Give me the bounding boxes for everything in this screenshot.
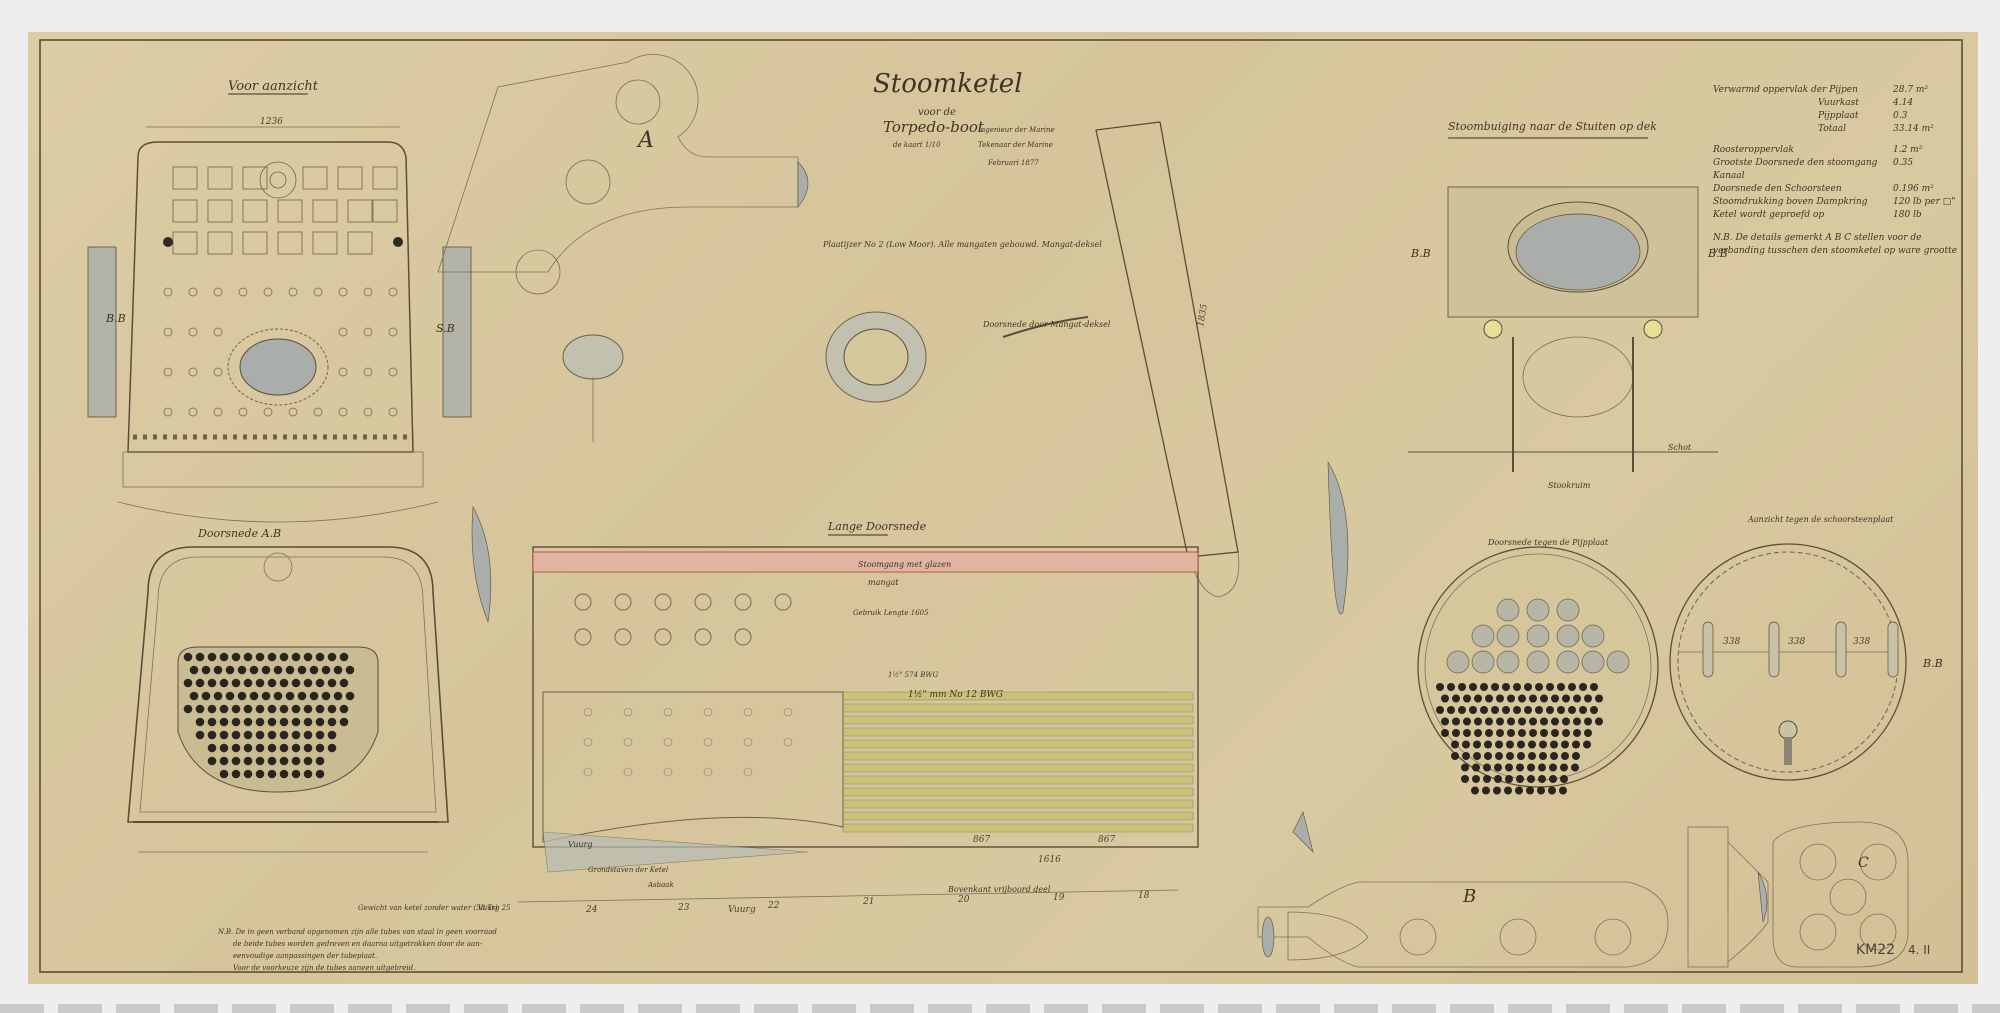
bottom-scale-bar: [0, 1004, 2000, 1013]
svg-text:Pijpplaat: Pijpplaat: [1817, 111, 1859, 121]
svg-text:1236: 1236: [260, 117, 283, 127]
svg-text:24: 24: [585, 905, 598, 915]
svg-text:18: 18: [1138, 891, 1150, 901]
svg-text:Stoomgang met glazen: Stoomgang met glazen: [858, 560, 951, 569]
svg-text:C: C: [1858, 855, 1869, 871]
title-block: Stoomketel voor de Torpedo-boot de kaart…: [873, 69, 1055, 167]
svg-text:voor de: voor de: [918, 107, 956, 118]
svg-text:20: 20: [957, 895, 970, 905]
svg-text:1616: 1616: [1038, 855, 1061, 865]
detail-a: A: [438, 54, 808, 294]
svg-text:KM22: KM22: [1856, 942, 1895, 958]
svg-text:Torpedo-boot: Torpedo-boot: [883, 118, 985, 136]
chimney: 1835: [1096, 122, 1239, 597]
svg-text:Vuurg 25: Vuurg 25: [478, 904, 511, 912]
svg-text:21: 21: [862, 897, 874, 907]
svg-text:867: 867: [1098, 835, 1115, 845]
svg-text:Ketel wordt geproefd op: Ketel wordt geproefd op: [1712, 210, 1824, 220]
footnote: N.B. De in geen verband opgenomen zijn a…: [217, 904, 511, 972]
svg-text:338: 338: [1723, 637, 1740, 647]
svg-text:Roosteroppervlak: Roosteroppervlak: [1712, 145, 1794, 155]
detail-note: N.B. De details gemerkt A B C stellen vo…: [1713, 232, 1963, 258]
svg-text:B.B: B.B: [1410, 247, 1431, 260]
svg-text:22: 22: [767, 901, 780, 911]
svg-text:de beide tubes worden gedreven: de beide tubes worden gedreven en daarna…: [233, 940, 483, 948]
svg-text:0.35: 0.35: [1893, 158, 1913, 168]
svg-text:4.14: 4.14: [1892, 98, 1913, 108]
svg-text:180 lb: 180 lb: [1893, 210, 1922, 220]
svg-text:S.B: S.B: [436, 322, 455, 335]
spec-table: Verwarmd oppervlak der Pijpen28.7 m² Vuu…: [1712, 85, 1963, 272]
svg-text:Gewicht van ketel zonder water: Gewicht van ketel zonder water (58 Ts): [358, 904, 498, 912]
svg-text:28.7 m²: 28.7 m²: [1892, 85, 1928, 95]
svg-text:mangat: mangat: [868, 578, 899, 587]
manhole-detail: Plaatijzer No 2 (Low Moor). Alle mangate…: [563, 240, 1111, 442]
svg-text:33.14 m²: 33.14 m²: [1893, 124, 1934, 134]
svg-text:Plaatijzer No 2 (Low Moor). Al: Plaatijzer No 2 (Low Moor). Alle mangate…: [822, 240, 1102, 249]
svg-text:eenvoudige aanpassingen der tu: eenvoudige aanpassingen der tubeplaat.: [233, 952, 377, 960]
technical-drawing: Voor aanzicht 1236 B.B S: [28, 32, 1978, 984]
svg-text:Schot: Schot: [1668, 443, 1692, 452]
svg-text:N.B. De in geen verband opgeno: N.B. De in geen verband opgenomen zijn a…: [217, 928, 497, 936]
svg-text:Kanaal: Kanaal: [1712, 171, 1745, 181]
svg-text:Tekenaar der Marine: Tekenaar der Marine: [978, 141, 1053, 149]
svg-text:Stoombuiging naar de Stuiten o: Stoombuiging naar de Stuiten op dek: [1448, 120, 1657, 133]
svg-text:Stoomdrukking boven Dampkring: Stoomdrukking boven Dampkring: [1713, 197, 1868, 207]
svg-text:23: 23: [677, 903, 690, 913]
svg-text:Bovenkant vrijboord deel: Bovenkant vrijboord deel: [947, 885, 1051, 894]
svg-text:120 lb per □": 120 lb per □": [1893, 197, 1955, 207]
svg-text:0.3: 0.3: [1893, 111, 1908, 121]
svg-text:19: 19: [1053, 893, 1065, 903]
section-ab-view: Doorsnede A.B: [128, 527, 448, 852]
svg-text:867: 867: [973, 835, 990, 845]
svg-text:Voor de voorkeuze zijn de tube: Voor de voorkeuze zijn de tubes aaneen u…: [233, 964, 415, 972]
steam-dome-view: Stoombuiging naar de Stuiten op dek B.B …: [1408, 120, 1728, 490]
svg-text:1½" 574 BWG: 1½" 574 BWG: [888, 671, 939, 679]
svg-text:Ingenieur der Marine: Ingenieur der Marine: [977, 126, 1055, 134]
svg-text:1½" mm No 12 BWG: 1½" mm No 12 BWG: [908, 689, 1003, 700]
svg-text:Stookruim: Stookruim: [1548, 481, 1591, 490]
svg-text:Totaal: Totaal: [1818, 124, 1846, 134]
svg-text:0.196 m²: 0.196 m²: [1893, 184, 1934, 194]
svg-text:338: 338: [1853, 637, 1870, 647]
svg-text:Aanzicht tegen de schoorsteenp: Aanzicht tegen de schoorsteenplaat: [1747, 515, 1894, 524]
svg-text:Stoomketel: Stoomketel: [873, 69, 1023, 99]
svg-text:B.B: B.B: [1922, 657, 1943, 670]
svg-text:Verwarmd oppervlak der Pijpen: Verwarmd oppervlak der Pijpen: [1713, 85, 1858, 95]
svg-text:1835: 1835: [1196, 303, 1210, 328]
front-view-title: Voor aanzicht: [228, 79, 319, 94]
svg-text:338: 338: [1788, 637, 1805, 647]
svg-text:Lange Doorsnede: Lange Doorsnede: [827, 520, 927, 533]
svg-text:Gebruik Lengte 1605: Gebruik Lengte 1605: [853, 609, 929, 617]
svg-text:Vuurg: Vuurg: [568, 840, 593, 849]
svg-text:Doorsnede A.B: Doorsnede A.B: [197, 527, 281, 540]
front-view: Voor aanzicht 1236 B.B S: [88, 79, 471, 522]
svg-text:Februari 1877: Februari 1877: [987, 159, 1039, 167]
svg-text:Doorsnede door Mangat-deksel: Doorsnede door Mangat-deksel: [982, 320, 1111, 329]
drawing-sheet: Voor aanzicht 1236 B.B S: [28, 32, 1978, 984]
svg-text:Doorsnede tegen de Pijpplaat: Doorsnede tegen de Pijpplaat: [1487, 538, 1609, 547]
svg-text:Vuurg: Vuurg: [728, 905, 756, 915]
svg-text:B.B: B.B: [105, 312, 126, 325]
svg-text:B: B: [1462, 886, 1476, 907]
tube-plate-section: Doorsnede tegen de Pijpplaat: [1418, 538, 1658, 795]
archive-stamp: KM22 4. II: [1856, 942, 1930, 958]
svg-text:Asbaak: Asbaak: [647, 881, 674, 889]
svg-text:A: A: [636, 128, 654, 153]
long-section-view: Lange Doorsnede Stoomgang met glazen man…: [518, 520, 1198, 915]
svg-text:4. II: 4. II: [1908, 943, 1930, 957]
svg-text:Grondstaven der Ketel: Grondstaven der Ketel: [588, 866, 668, 874]
svg-text:1.2 m²: 1.2 m²: [1893, 145, 1923, 155]
detail-b: B: [1258, 812, 1668, 967]
svg-text:de kaart 1/10: de kaart 1/10: [893, 141, 941, 149]
svg-text:Vuurkast: Vuurkast: [1818, 98, 1859, 108]
svg-text:Doorsnede den Schoorsteen: Doorsnede den Schoorsteen: [1712, 184, 1842, 194]
svg-text:Grootste Doorsnede den stoomga: Grootste Doorsnede den stoomgang: [1713, 158, 1878, 168]
chimney-plate-view: Aanzicht tegen de schoorsteenplaat 338 3…: [1670, 515, 1943, 780]
